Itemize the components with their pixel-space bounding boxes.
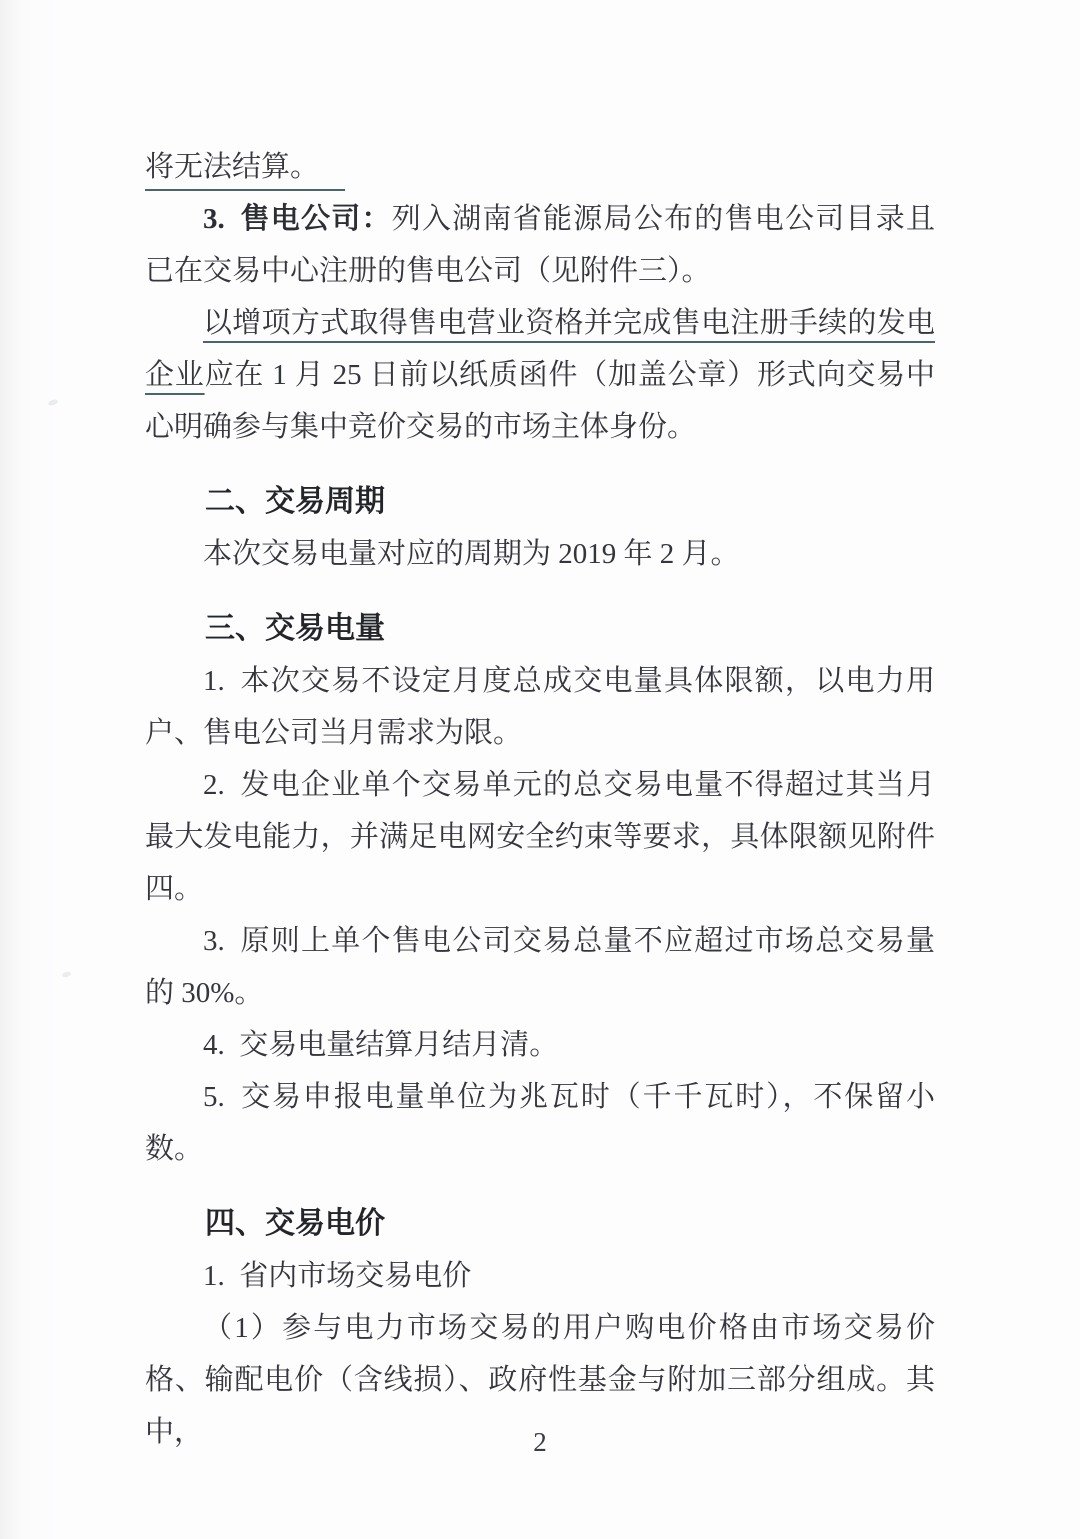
list-item-volume-3: 3. 原则上单个售电公司交易总量不应超过市场总交易量的 30%。: [145, 915, 935, 1019]
scan-artifact: [62, 971, 72, 978]
underlined-text: 将无法结算。: [145, 151, 345, 191]
scan-artifact: [47, 398, 58, 406]
list-item-volume-4: 4. 交易电量结算月结月清。: [145, 1019, 935, 1071]
paragraph-trade-cycle: 本次交易电量对应的周期为 2019 年 2 月。: [145, 528, 935, 580]
list-item-volume-1: 1. 本次交易不设定月度总成交电量具体限额，以电力用户、售电公司当月需求为限。: [145, 655, 935, 759]
continuation-paragraph: 将无法结算。: [145, 141, 935, 193]
paragraph-registration: 以增项方式取得售电营业资格并完成售电注册手续的发电企业应在 1 月 25 日前以…: [145, 297, 935, 453]
document-page: 将无法结算。 3. 售电公司：列入湖南省能源局公布的售电公司目录且已在交易中心注…: [0, 0, 1080, 1539]
paragraph-text: 应在 1 月 25 日前以纸质函件（加盖公章）形式向交易中心明确参与集中竞价交易…: [145, 359, 935, 443]
term-label: 3. 售电公司：: [203, 203, 392, 235]
paragraph-price-subheading: 1. 省内市场交易电价: [145, 1250, 935, 1302]
page-number: 2: [0, 1422, 1080, 1462]
list-item-volume-5: 5. 交易申报电量单位为兆瓦时（千千瓦时），不保留小数。: [145, 1071, 935, 1175]
document-content: 将无法结算。 3. 售电公司：列入湖南省能源局公布的售电公司目录且已在交易中心注…: [145, 141, 935, 1458]
list-item-volume-2: 2. 发电企业单个交易单元的总交易电量不得超过其当月最大发电能力，并满足电网安全…: [145, 759, 935, 915]
section-heading-trade-volume: 三、交易电量: [145, 603, 935, 655]
paragraph-seller-definition: 3. 售电公司：列入湖南省能源局公布的售电公司目录且已在交易中心注册的售电公司（…: [145, 193, 935, 297]
section-heading-trade-cycle: 二、交易周期: [145, 476, 935, 528]
section-heading-trade-price: 四、交易电价: [145, 1198, 935, 1250]
